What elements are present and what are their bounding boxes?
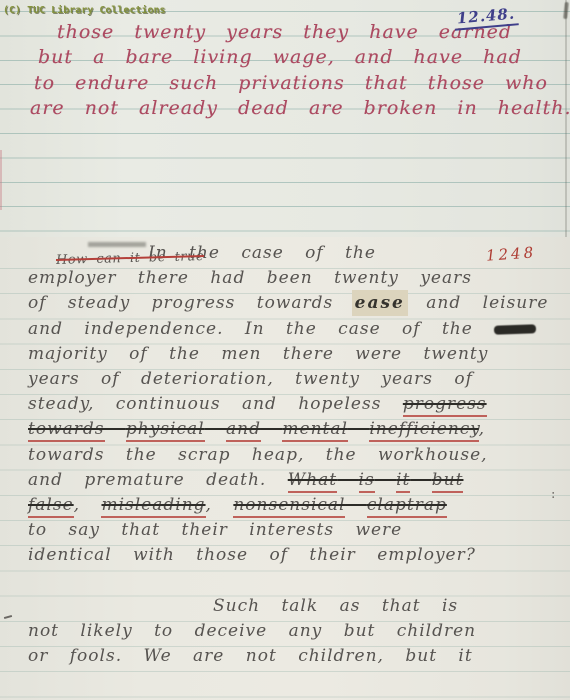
struck-text: nonsensical claptrap — [233, 495, 446, 518]
handwriting-line: false, misleading, nonsensical claptrap — [28, 493, 558, 518]
struck-text: false — [28, 495, 74, 518]
handwriting-line: of steady progress towards ease and leis… — [28, 291, 558, 316]
page-edge-tint — [0, 150, 2, 210]
handwriting-line: or fools. We are not children, but it — [28, 644, 558, 669]
handwriting-line: employer there had been twenty years — [28, 266, 558, 291]
red-underlined-word: progress — [403, 394, 487, 417]
handwritten-text: and independence. In the case of the — [28, 319, 494, 339]
handwriting-line: to say that their interests were — [28, 518, 558, 543]
handwritten-text: , — [74, 495, 102, 515]
red-underlined-word: false — [28, 495, 74, 518]
handwritten-text: of steady progress towards — [28, 293, 355, 313]
handwriting-line: and independence. In the case of the — [28, 317, 558, 342]
handwriting-line: but a bare living wage, and have had — [30, 45, 554, 70]
red-underlined-word: What — [288, 470, 337, 493]
manuscript-scan: (C) TUC Library Collections 12.48. those… — [0, 0, 570, 700]
handwriting-line: majority of the men there were twenty — [28, 342, 558, 367]
red-underlined-word: is — [359, 470, 375, 493]
bottom-page-text: In the case of theemployer there had bee… — [28, 241, 558, 669]
struck-text: What is it but — [288, 470, 464, 493]
top-page-text: those twenty years they have earnedbut a… — [30, 20, 554, 122]
handwriting-line: not likely to deceive any but children — [28, 619, 558, 644]
top-page: 12.48. those twenty years they have earn… — [0, 0, 570, 237]
red-underlined-word: mental — [282, 419, 348, 442]
handwritten-text: identical with those of their employer? — [28, 545, 476, 565]
page-number: 1248 — [485, 243, 536, 264]
handwritten-text: those twenty years they have earned — [57, 21, 512, 43]
handwriting-line — [28, 569, 558, 594]
handwritten-text: are not already dead are broken in healt… — [30, 97, 570, 119]
handwritten-text: steady, continuous and hopeless — [28, 394, 403, 414]
red-underlined-word: misleading — [101, 495, 205, 518]
bottom-page: In the case of theemployer there had bee… — [0, 237, 570, 700]
struck-text: misleading — [101, 495, 205, 518]
red-underlined-word: but — [432, 470, 464, 493]
struck-text: towards physical and mental inefficiency — [28, 419, 479, 442]
handwriting-line: and premature death. What is it but — [28, 468, 558, 493]
red-underlined-word: claptrap — [367, 495, 447, 518]
handwriting-line: to endure such privations that those who — [30, 71, 554, 96]
handwritten-text: towards the scrap heap, the workhouse, — [28, 445, 488, 465]
handwritten-text: majority of the men there were twenty — [28, 344, 488, 364]
ink-smudge — [88, 242, 146, 247]
red-underlined-word: it — [396, 470, 410, 493]
red-underlined-word: and — [226, 419, 261, 442]
handwritten-text: Such talk as that is — [213, 596, 458, 616]
red-underlined-word: physical — [126, 419, 205, 442]
red-underlined-word: towards — [28, 419, 105, 442]
handwritten-text: to endure such privations that those who — [34, 72, 548, 94]
red-underlined-word: inefficiency — [369, 419, 478, 442]
handwritten-text: not likely to deceive any but children — [28, 621, 476, 641]
handwritten-text: to say that their interests were — [28, 520, 402, 540]
copyright-watermark: (C) TUC Library Collections — [3, 5, 166, 16]
handwritten-text: years of deterioration, twenty years of — [28, 369, 473, 389]
handwritten-text: or fools. We are not children, but it — [28, 646, 473, 666]
handwriting-line: years of deterioration, twenty years of — [28, 367, 558, 392]
handwritten-text: and leisure — [405, 293, 549, 313]
handwriting-line: identical with those of their employer? — [28, 543, 558, 568]
handwritten-text: and premature death. — [28, 470, 288, 490]
red-underlined-word: nonsensical — [233, 495, 345, 518]
handwritten-text: , — [479, 419, 485, 439]
handwriting-line: steady, continuous and hopeless progress — [28, 392, 558, 417]
handwritten-text: , — [206, 495, 234, 515]
handwriting-line: towards physical and mental inefficiency… — [28, 417, 558, 442]
handwritten-text: but a bare living wage, and have had — [38, 46, 522, 68]
handwriting-line: are not already dead are broken in healt… — [30, 96, 554, 121]
handwritten-text: employer there had been twenty years — [28, 268, 472, 288]
ink-blot — [494, 324, 536, 334]
stray-colon-mark: : — [551, 487, 555, 502]
struck-text: progress — [403, 394, 487, 417]
handwriting-line: Such talk as that is — [28, 594, 558, 619]
pasted-correction: ease — [355, 293, 405, 313]
handwriting-line: towards the scrap heap, the workhouse, — [28, 443, 558, 468]
page-edge-shadow — [565, 0, 567, 237]
